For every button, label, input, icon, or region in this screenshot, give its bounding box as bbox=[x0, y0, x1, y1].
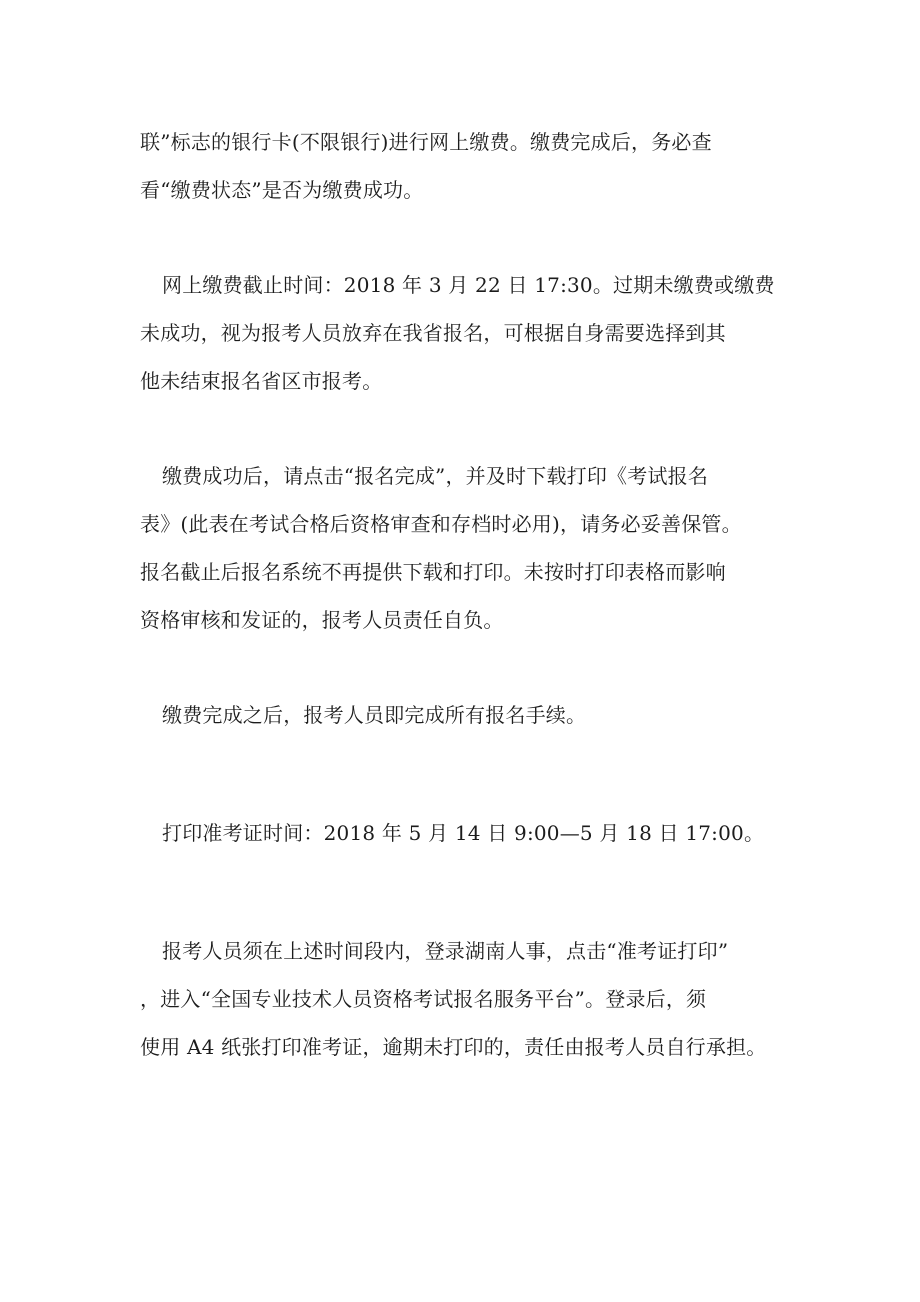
text-line: 未成功，视为报考人员放弃在我省报名，可根据自身需要选择到其 bbox=[140, 309, 800, 357]
paragraph-spacer bbox=[140, 644, 800, 691]
text-line: 网上缴费截止时间：2018 年 3 月 22 日 17:30。过期未缴费或缴费 bbox=[140, 261, 800, 309]
text-line: 缴费完成之后，报考人员即完成所有报名手续。 bbox=[140, 691, 800, 739]
paragraph-payment-status: 联”标志的银行卡(不限银行)进行网上缴费。缴费完成后，务必查 看“缴费状态”是否… bbox=[140, 118, 800, 214]
paragraph-admission-ticket-time: 打印准考证时间：2018 年 5 月 14 日 9:00—5 月 18 日 17… bbox=[140, 809, 800, 857]
text-line: 缴费成功后，请点击“报名完成”，并及时下载打印《考试报名 bbox=[140, 452, 800, 500]
paragraph-spacer bbox=[140, 857, 800, 927]
paragraph-spacer bbox=[140, 214, 800, 261]
text-line: 使用 A4 纸张打印准考证，逾期未打印的，责任由报考人员自行承担。 bbox=[140, 1023, 800, 1071]
document-page: 联”标志的银行卡(不限银行)进行网上缴费。缴费完成后，务必查 看“缴费状态”是否… bbox=[0, 0, 920, 1302]
paragraph-spacer bbox=[140, 405, 800, 452]
text-line: 报考人员须在上述时间段内，登录湖南人事，点击“准考证打印” bbox=[140, 927, 800, 975]
text-line: 他未结束报名省区市报考。 bbox=[140, 357, 800, 405]
paragraph-spacer bbox=[140, 739, 800, 809]
text-line: ，进入“全国专业技术人员资格考试报名服务平台”。登录后，须 bbox=[140, 975, 800, 1023]
text-line: 联”标志的银行卡(不限银行)进行网上缴费。缴费完成后，务必查 bbox=[140, 118, 800, 166]
text-line: 表》(此表在考试合格后资格审查和存档时必用)，请务必妥善保管。 bbox=[140, 500, 800, 548]
paragraph-registration-complete: 缴费完成之后，报考人员即完成所有报名手续。 bbox=[140, 691, 800, 739]
text-line: 报名截止后报名系统不再提供下载和打印。未按时打印表格而影响 bbox=[140, 548, 800, 596]
text-line: 看“缴费状态”是否为缴费成功。 bbox=[140, 166, 800, 214]
text-line: 打印准考证时间：2018 年 5 月 14 日 9:00—5 月 18 日 17… bbox=[140, 809, 800, 857]
paragraph-registration-form: 缴费成功后，请点击“报名完成”，并及时下载打印《考试报名 表》(此表在考试合格后… bbox=[140, 452, 800, 644]
paragraph-admission-ticket-print: 报考人员须在上述时间段内，登录湖南人事，点击“准考证打印” ，进入“全国专业技术… bbox=[140, 927, 800, 1071]
document-body: 联”标志的银行卡(不限银行)进行网上缴费。缴费完成后，务必查 看“缴费状态”是否… bbox=[140, 118, 800, 1071]
text-line: 资格审核和发证的，报考人员责任自负。 bbox=[140, 596, 800, 644]
paragraph-payment-deadline: 网上缴费截止时间：2018 年 3 月 22 日 17:30。过期未缴费或缴费 … bbox=[140, 261, 800, 405]
